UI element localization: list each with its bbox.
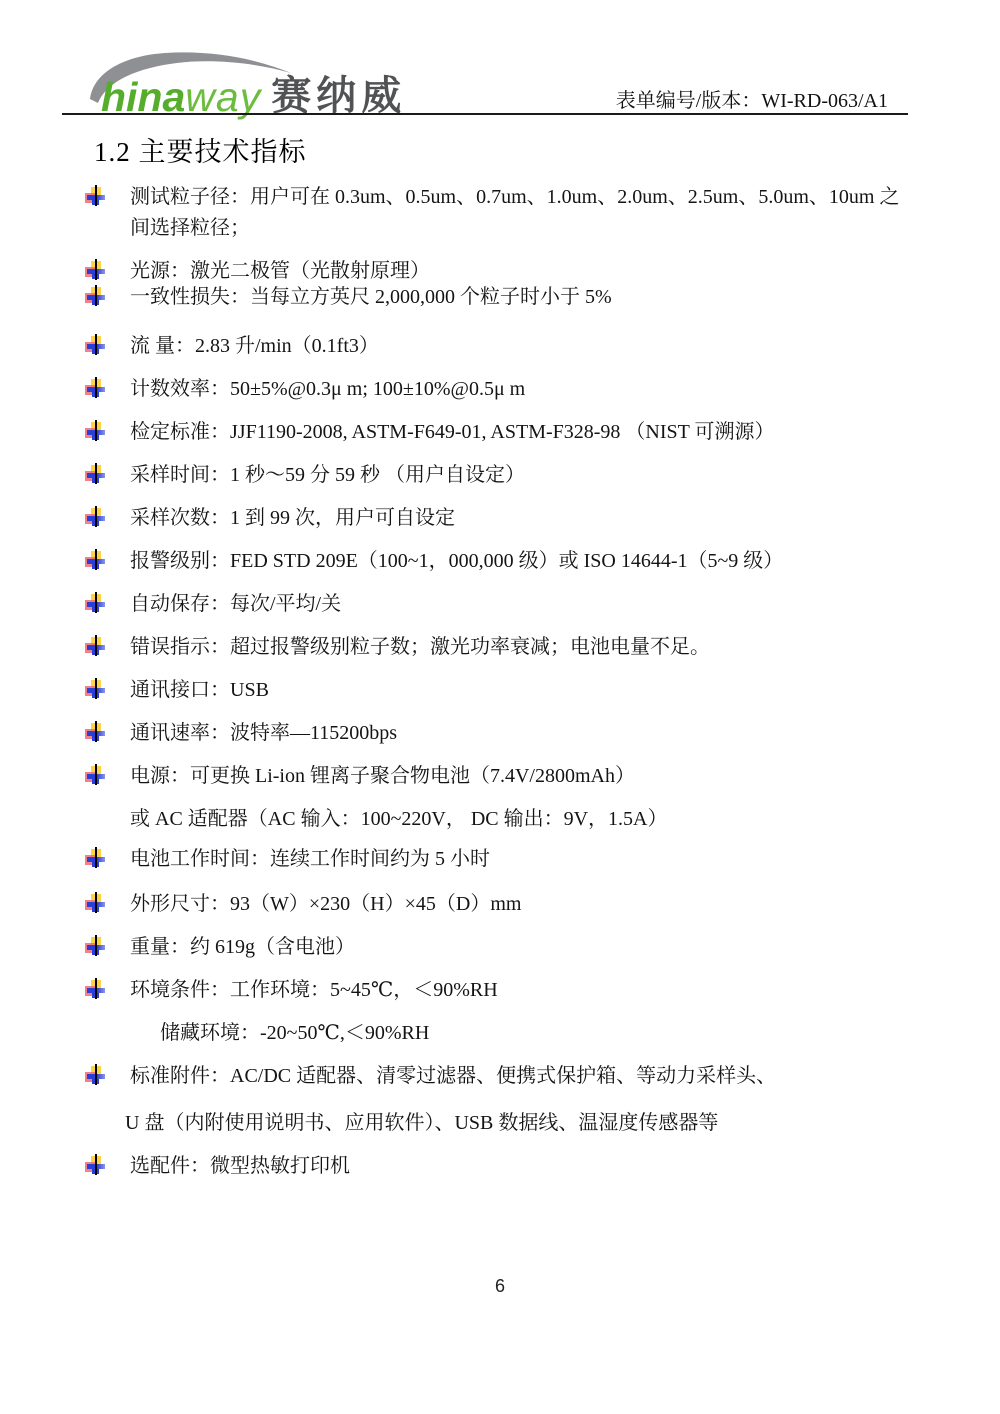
spec-text: 报警级别：FED STD 209E（100~1，000,000 级）或 ISO … <box>130 548 783 574</box>
logo-chinese: 赛纳威 <box>271 74 406 118</box>
spec-text: 标准附件：AC/DC 适配器、清零过滤器、便携式保护箱、等动力采样头、 <box>130 1063 776 1089</box>
bullet-icon <box>85 937 105 957</box>
spec-item: 自动保存：每次/平均/关 <box>85 591 925 617</box>
bullet-icon <box>85 187 105 207</box>
page-header: hinaway赛纳威 表单编号/版本：WI-RD-063/A1 <box>0 0 1000 120</box>
spec-text: 光源：激光二极管（光散射原理） <box>130 258 430 284</box>
spec-text: 储藏环境：-20~50℃,＜90%RH <box>160 1020 429 1046</box>
spec-list: 测试粒子径：用户可在 0.3um、0.5um、0.7um、1.0um、2.0um… <box>85 184 925 1196</box>
bullet-icon <box>85 465 105 485</box>
spec-item: 通讯速率：波特率—115200bps <box>85 720 925 746</box>
document-page: hinaway赛纳威 表单编号/版本：WI-RD-063/A1 1.2 主要技术… <box>0 0 1000 1414</box>
spec-item: 通讯接口：USB <box>85 677 925 703</box>
spec-text: 或 AC 适配器（AC 输入：100~220V， DC 输出：9V，1.5A） <box>130 806 668 832</box>
spec-item: 重量：约 619g（含电池） <box>85 934 925 960</box>
spec-item: 采样次数：1 到 99 次，用户可自设定 <box>85 505 925 531</box>
spec-text: 采样次数：1 到 99 次，用户可自设定 <box>130 505 455 531</box>
spec-text: 测试粒子径：用户可在 0.3um、0.5um、0.7um、1.0um、2.0um… <box>130 184 899 210</box>
spec-text: 间选择粒径； <box>130 215 250 241</box>
bullet-icon <box>85 680 105 700</box>
spec-text: 通讯接口：USB <box>130 677 269 703</box>
spec-text: 选配件：微型热敏打印机 <box>130 1153 350 1179</box>
bullet-icon <box>85 508 105 528</box>
spec-text: U 盘（内附使用说明书、应用软件）、USB 数据线、温湿度传感器等 <box>125 1110 718 1136</box>
section-title: 1.2 主要技术指标 <box>94 130 307 169</box>
bullet-icon <box>85 980 105 1000</box>
spec-item: 错误指示：超过报警级别粒子数；激光功率衰减；电池电量不足。 <box>85 634 925 660</box>
bullet-icon <box>85 849 105 869</box>
spec-text: 电源：可更换 Li-ion 锂离子聚合物电池（7.4V/2800mAh） <box>130 763 635 789</box>
spec-item: 检定标准：JJF1190-2008, ASTM-F649-01, ASTM-F3… <box>85 419 925 445</box>
spec-text: 通讯速率：波特率—115200bps <box>130 720 397 746</box>
bullet-icon <box>85 766 105 786</box>
spec-text: 外形尺寸：93（W）×230（H）×45（D）mm <box>130 891 521 917</box>
bullet-icon <box>85 637 105 657</box>
spec-item: 选配件：微型热敏打印机 <box>85 1153 925 1179</box>
spec-item: 标准附件：AC/DC 适配器、清零过滤器、便携式保护箱、等动力采样头、 <box>85 1063 925 1089</box>
bullet-icon <box>85 723 105 743</box>
spec-item: 计数效率：50±5%@0.3μ m; 100±10%@0.5μ m <box>85 376 925 402</box>
spec-item: 报警级别：FED STD 209E（100~1，000,000 级）或 ISO … <box>85 548 925 574</box>
spec-text: 计数效率：50±5%@0.3μ m; 100±10%@0.5μ m <box>130 376 525 402</box>
spec-text: 环境条件：工作环境：5~45℃，＜90%RH <box>130 977 498 1003</box>
bullet-icon <box>85 894 105 914</box>
spec-text: 流 量：2.83 升/min（0.1ft3） <box>130 333 379 359</box>
spec-item-continuation: 或 AC 适配器（AC 输入：100~220V， DC 输出：9V，1.5A） <box>85 806 925 832</box>
spec-item: 流 量：2.83 升/min（0.1ft3） <box>85 333 925 359</box>
spec-item-continuation: 储藏环境：-20~50℃,＜90%RH <box>85 1020 925 1046</box>
spec-text: 一致性损失：当每立方英尺 2,000,000 个粒子时小于 5% <box>130 284 612 310</box>
chinaway-logo: hinaway赛纳威 <box>85 50 415 116</box>
bullet-icon <box>85 551 105 571</box>
spec-text: 重量：约 619g（含电池） <box>130 934 355 960</box>
spec-text: 电池工作时间：连续工作时间约为 5 小时 <box>130 846 490 872</box>
page-number: 6 <box>0 1276 1000 1297</box>
spec-item: 测试粒子径：用户可在 0.3um、0.5um、0.7um、1.0um、2.0um… <box>85 184 925 210</box>
form-code: 表单编号/版本：WI-RD-063/A1 <box>616 84 888 113</box>
spec-item: 电源：可更换 Li-ion 锂离子聚合物电池（7.4V/2800mAh） <box>85 763 925 789</box>
bullet-icon <box>85 1156 105 1176</box>
spec-text: 错误指示：超过报警级别粒子数；激光功率衰减；电池电量不足。 <box>130 634 710 660</box>
spec-item: 一致性损失：当每立方英尺 2,000,000 个粒子时小于 5% <box>85 284 925 310</box>
spec-text: 自动保存：每次/平均/关 <box>130 591 341 617</box>
spec-text: 采样时间：1 秒～59 分 59 秒 （用户自设定） <box>130 462 525 488</box>
spec-item: 电池工作时间：连续工作时间约为 5 小时 <box>85 846 925 872</box>
spec-item: 光源：激光二极管（光散射原理） <box>85 258 925 284</box>
bullet-icon <box>85 379 105 399</box>
bullet-icon <box>85 594 105 614</box>
spec-item: 环境条件：工作环境：5~45℃，＜90%RH <box>85 977 925 1003</box>
header-rule <box>62 113 908 115</box>
bullet-icon <box>85 287 105 307</box>
spec-item-continuation: 间选择粒径； <box>85 215 925 241</box>
bullet-icon <box>85 261 105 281</box>
bullet-icon <box>85 336 105 356</box>
bullet-icon <box>85 422 105 442</box>
spec-text: 检定标准：JJF1190-2008, ASTM-F649-01, ASTM-F3… <box>130 419 775 445</box>
spec-item-continuation: U 盘（内附使用说明书、应用软件）、USB 数据线、温湿度传感器等 <box>85 1110 925 1136</box>
bullet-icon <box>85 1066 105 1086</box>
spec-item: 采样时间：1 秒～59 分 59 秒 （用户自设定） <box>85 462 925 488</box>
spec-item: 外形尺寸：93（W）×230（H）×45（D）mm <box>85 891 925 917</box>
